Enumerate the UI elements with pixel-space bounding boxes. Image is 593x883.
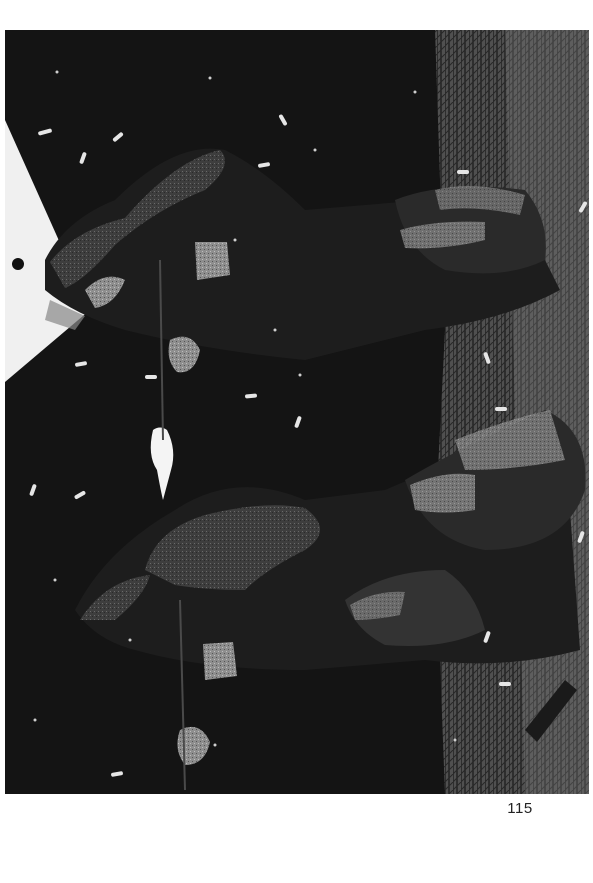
panel-artwork (5, 30, 589, 794)
page-number: 115 (500, 800, 540, 817)
hatched-wall (435, 30, 589, 794)
comic-panel (5, 30, 589, 794)
